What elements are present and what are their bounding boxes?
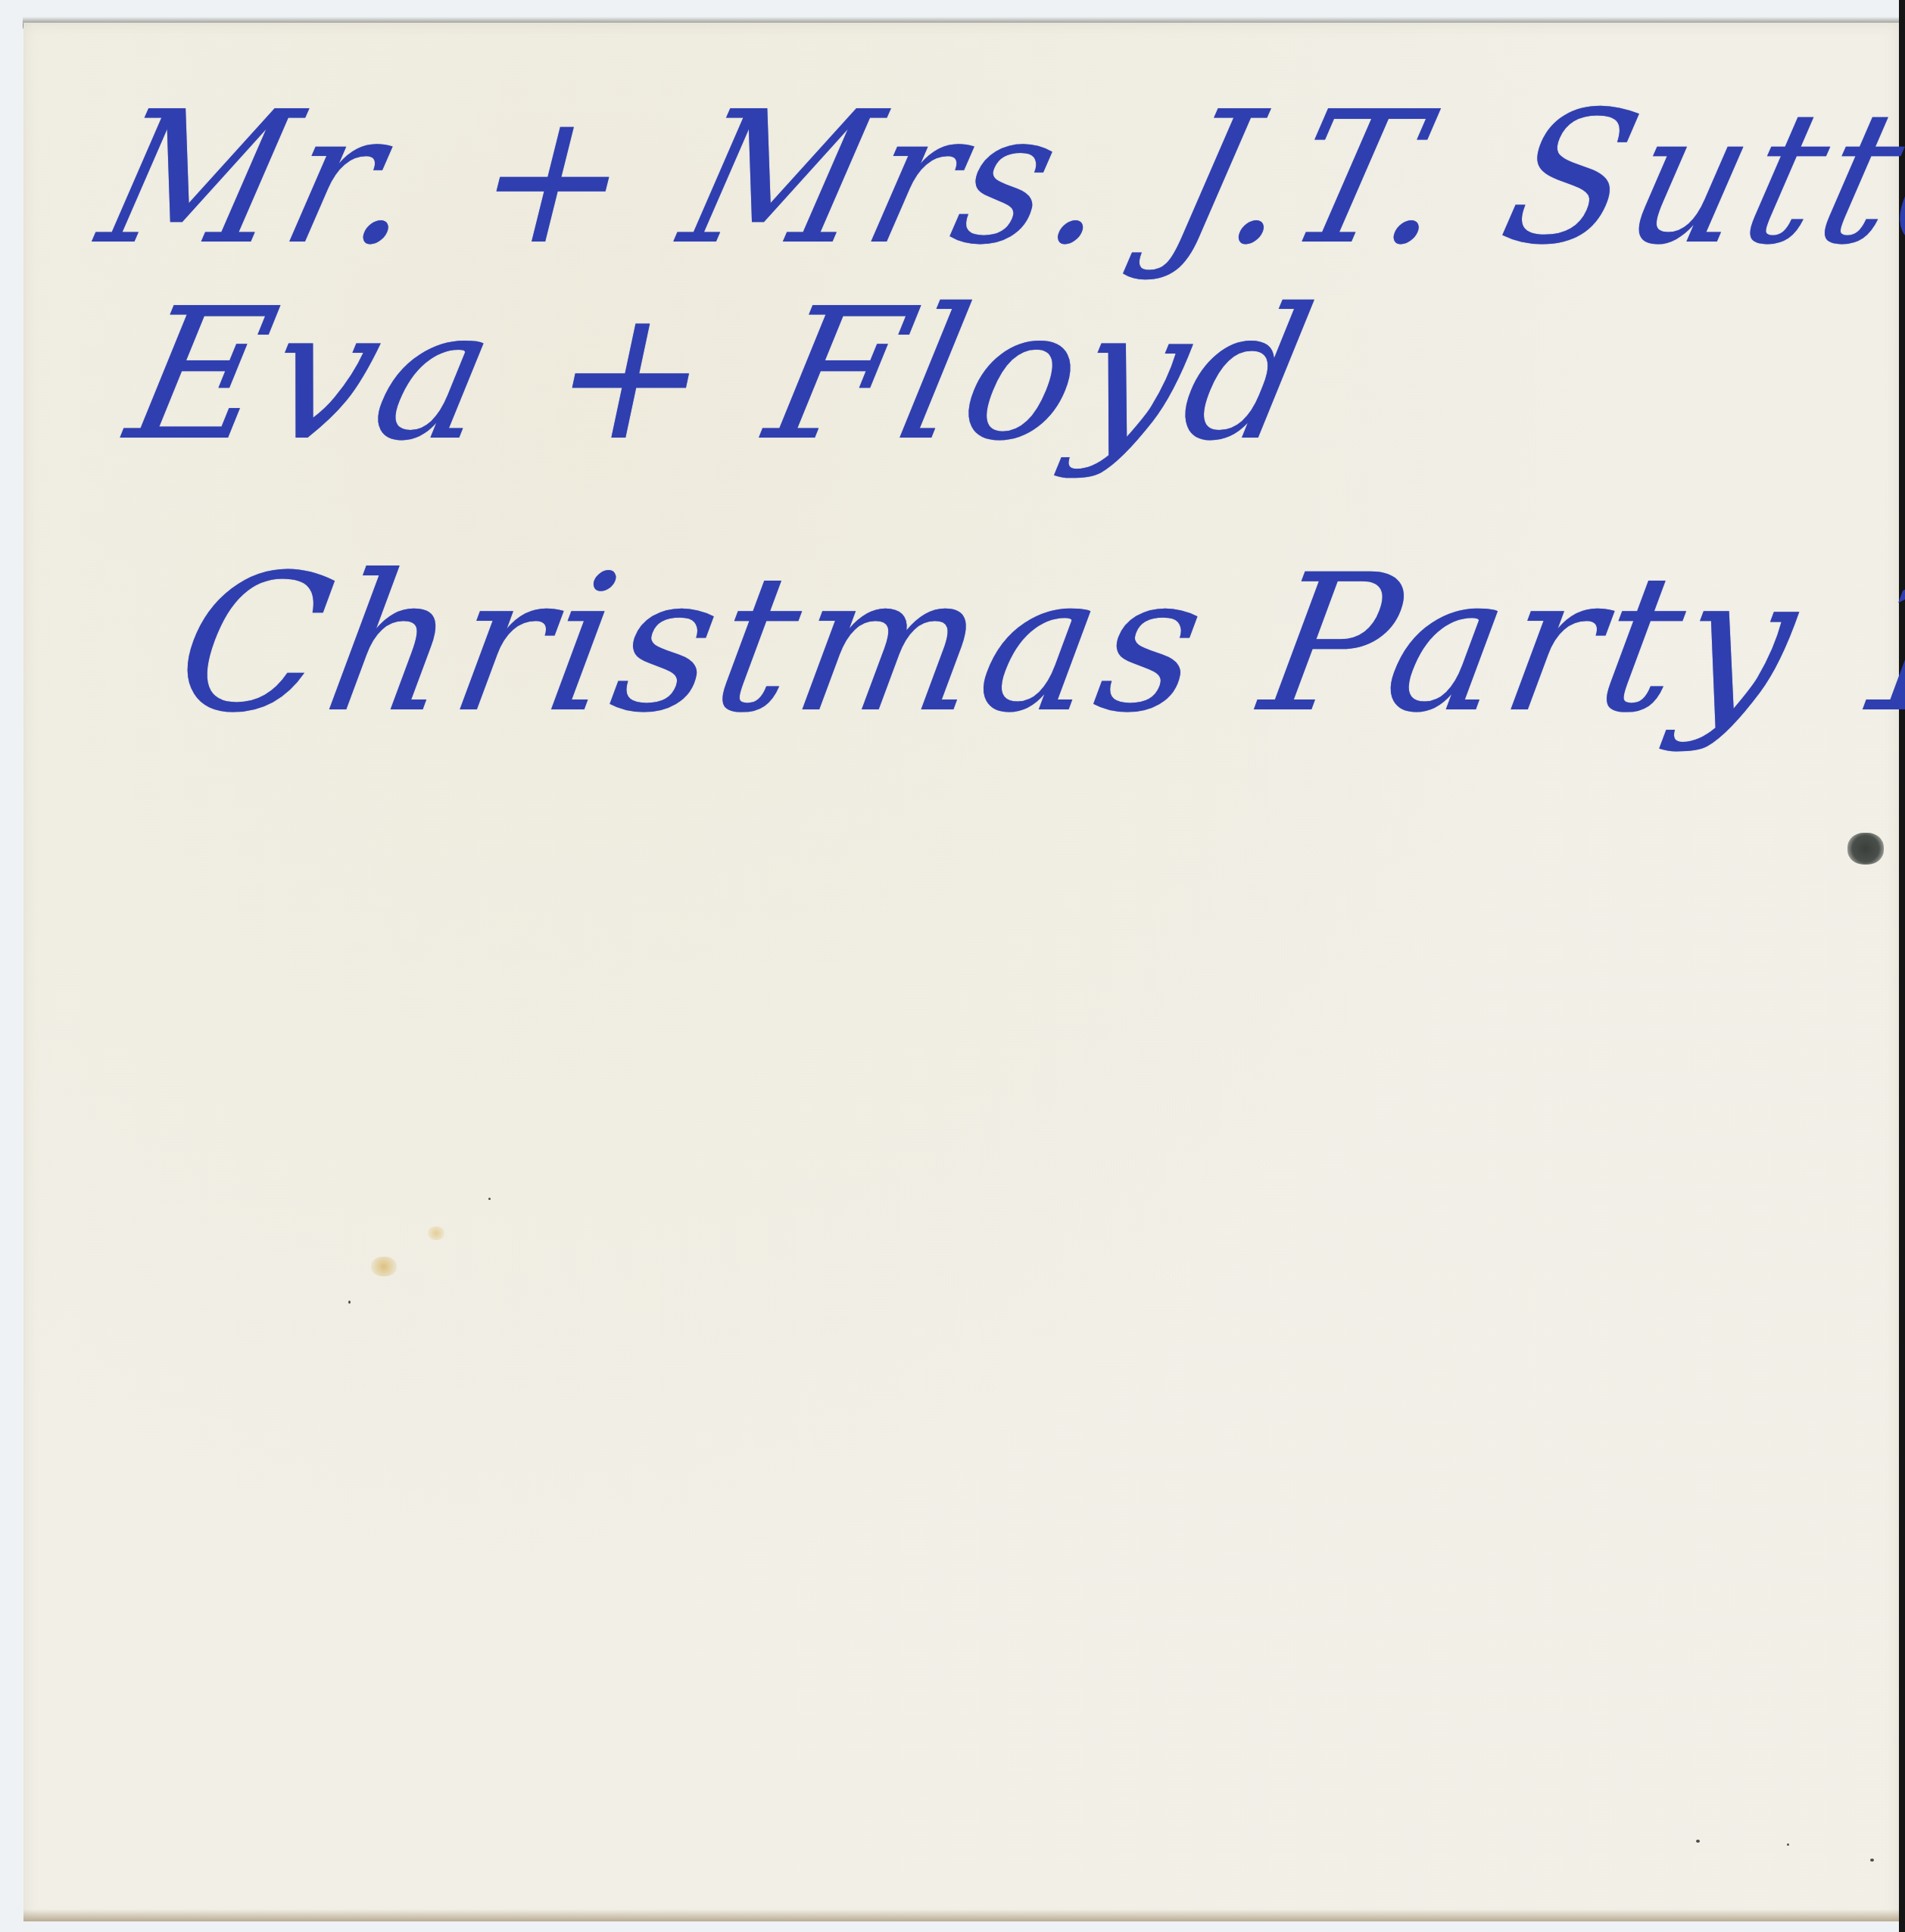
inscription-line-couple: Eva + Floyd	[114, 269, 1333, 481]
handwritten-inscription: Mr. + Mrs. J.T. Sutton Eva + Floyd Chris…	[0, 0, 1905, 1932]
age-stain	[371, 1257, 397, 1276]
ink-spot	[1847, 833, 1884, 865]
dust-speck	[1787, 1843, 1789, 1846]
dust-speck	[1870, 1859, 1874, 1862]
dust-speck	[488, 1198, 491, 1200]
inscription-line-names: Mr. + Mrs. J.T. Sutton	[83, 73, 1905, 285]
scan-background: Mr. + Mrs. J.T. Sutton Eva + Floyd Chris…	[0, 0, 1905, 1932]
dust-speck	[1696, 1840, 1700, 1843]
inscription-line-event: Christmas Party 1961	[163, 534, 1905, 754]
dust-speck	[348, 1301, 351, 1304]
age-stain	[428, 1226, 444, 1240]
